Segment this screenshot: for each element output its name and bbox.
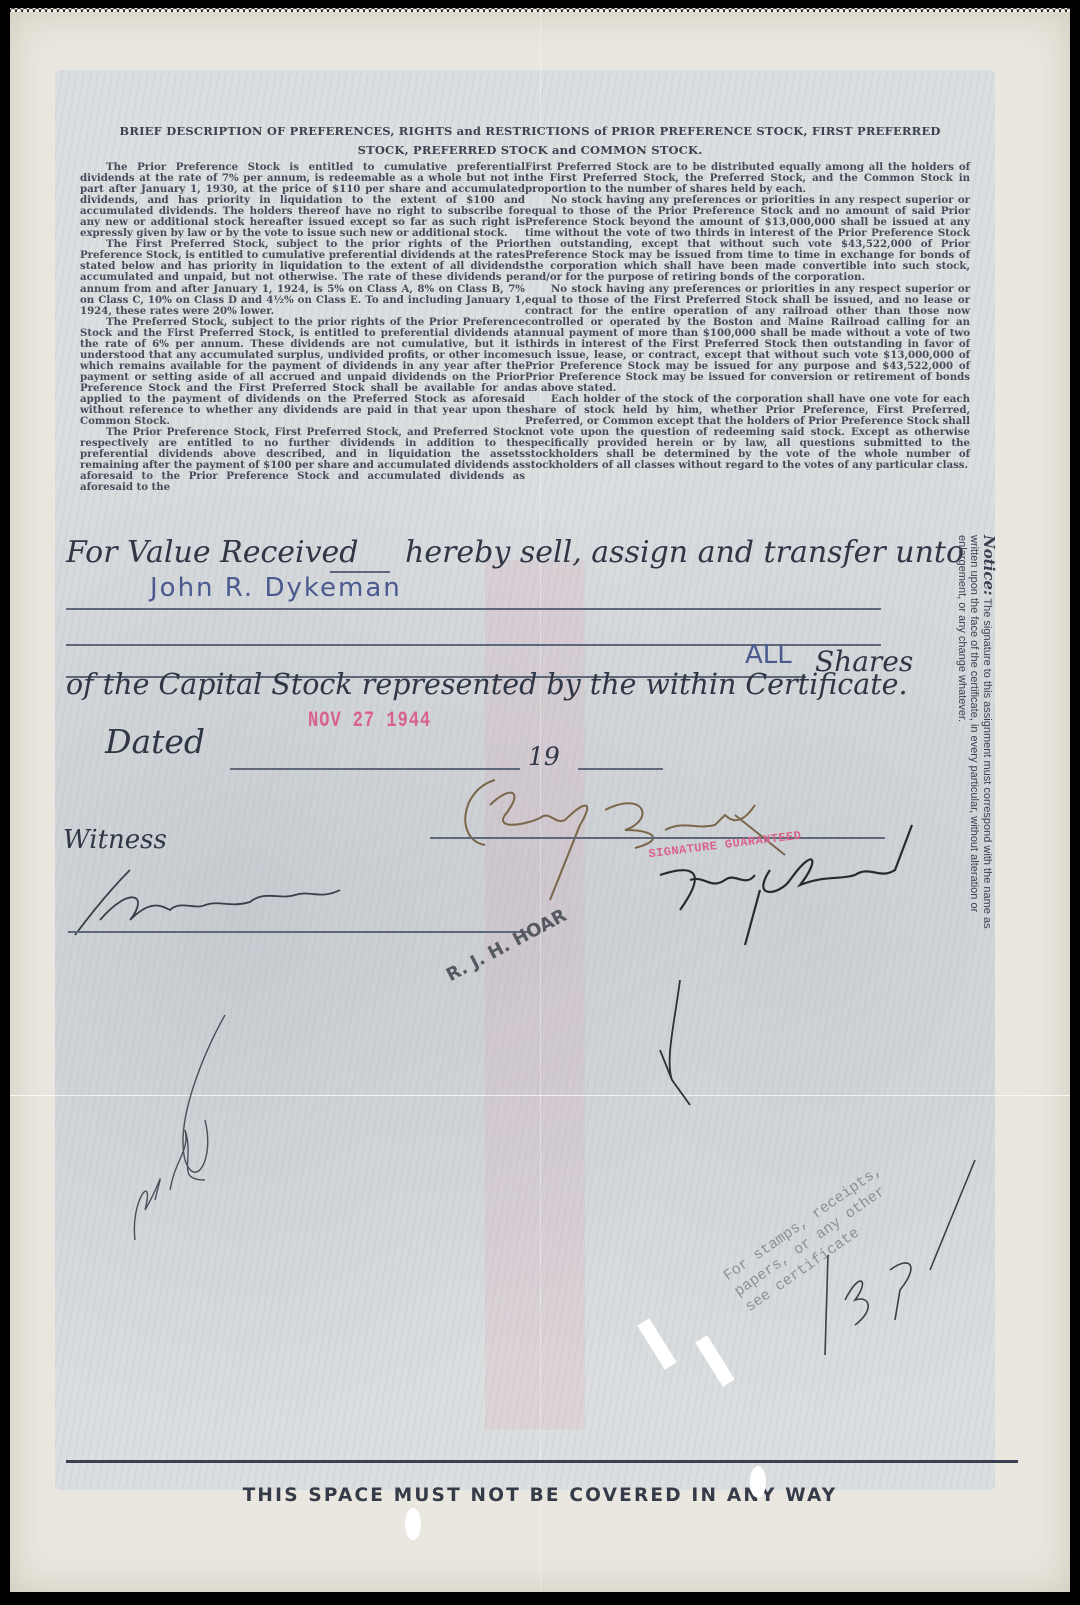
dated-label: Dated: [105, 722, 205, 761]
capital-stock-line: of the Capital Stock represented by the …: [66, 668, 908, 701]
punch-hole: [405, 1508, 421, 1540]
paragraph: No stock having any preferences or prior…: [525, 195, 970, 283]
notice-label: Notice:: [980, 535, 998, 596]
pencil-number: [810, 1160, 980, 1360]
paragraph: The First Preferred Stock, subject to th…: [80, 239, 525, 316]
pencil-mark: [650, 980, 710, 1110]
date-stamp: NOV 27 1944: [308, 709, 431, 734]
preferences-right-column: First Preferred Stock are to be distribu…: [525, 162, 970, 471]
paragraph: First Preferred Stock are to be distribu…: [525, 162, 970, 195]
year-prefix: 19: [528, 742, 560, 771]
assignee-name[interactable]: John R. Dykeman: [150, 573, 402, 603]
footer-warning: THIS SPACE MUST NOT BE COVERED IN ANY WA…: [100, 1485, 980, 1506]
pencil-initials: [115, 1010, 255, 1240]
guarantor-signature: [650, 820, 920, 950]
shares-count[interactable]: ALL: [745, 640, 792, 670]
paragraph: The Prior Preference Stock, First Prefer…: [80, 427, 525, 493]
signature-notice: Notice: The signature to this assignment…: [925, 535, 995, 935]
paragraph: No stock having any preferences or prior…: [525, 284, 970, 394]
punch-hole: [750, 1466, 766, 1498]
assignee-line: [66, 608, 881, 610]
paragraph: The Preferred Stock, subject to the prio…: [80, 317, 525, 427]
preferences-heading: BRIEF DESCRIPTION OF PREFERENCES, RIGHTS…: [100, 122, 960, 160]
for-value-received-label: For Value Received: [66, 535, 359, 570]
witness-signature: [70, 860, 350, 940]
bottom-rule: [66, 1460, 1018, 1463]
paragraph: Each holder of the stock of the corporat…: [525, 394, 970, 471]
paragraph: The Prior Preference Stock is entitled t…: [80, 162, 525, 239]
witness-line: [68, 931, 528, 933]
witness-label: Witness: [63, 825, 167, 855]
preferences-left-column: The Prior Preference Stock is entitled t…: [80, 162, 525, 493]
transfer-phrase: hereby sell, assign and transfer unto: [405, 535, 964, 570]
